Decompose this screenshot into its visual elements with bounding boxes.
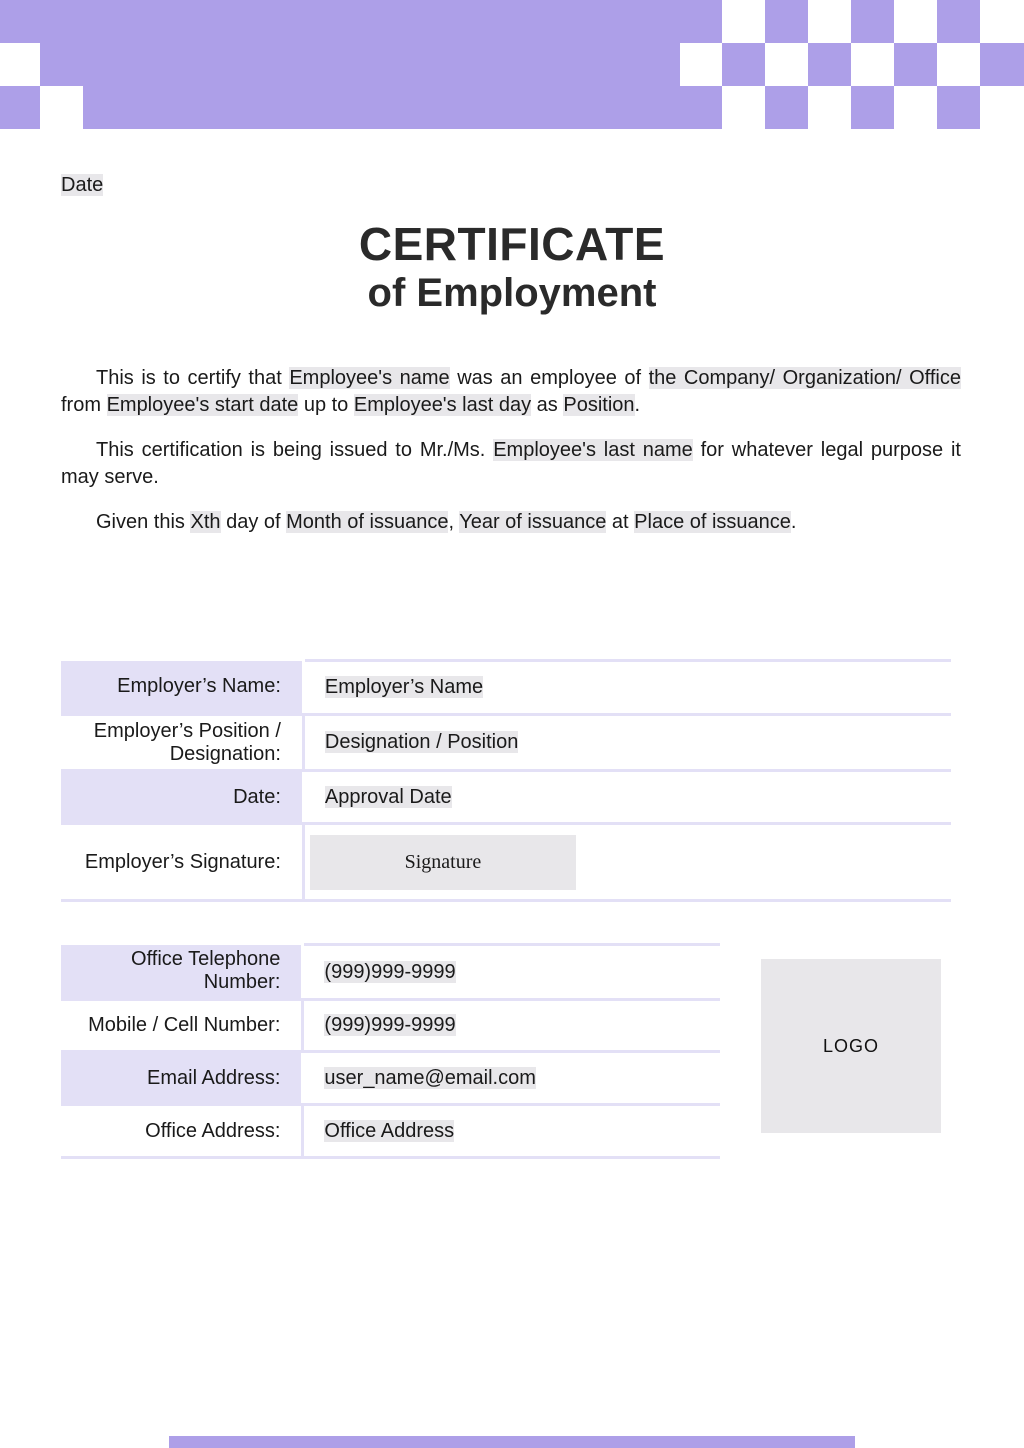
static-text: day of xyxy=(221,511,287,533)
paragraph-given: Given this Xth day of Month of issuance,… xyxy=(61,509,961,536)
title-line-1: CERTIFICATE xyxy=(0,218,1024,270)
employer-table: Employer’s Name: Employer’s Name Employe… xyxy=(61,659,951,902)
approval-date-label: Date: xyxy=(61,771,303,824)
office-address-cell: Office Address xyxy=(303,1105,720,1158)
label-text: Office Telephone Number: xyxy=(100,948,280,994)
last-day-field[interactable]: Employee's last day xyxy=(354,394,531,416)
static-text: as xyxy=(531,394,563,416)
table-row: Email Address: user_name@email.com xyxy=(61,1052,720,1105)
approval-date-field[interactable]: Approval Date xyxy=(325,786,452,808)
position-field[interactable]: Position xyxy=(563,394,634,416)
table-row: Mobile / Cell Number: (999)999-9999 xyxy=(61,1000,720,1052)
employee-name-field[interactable]: Employee's name xyxy=(289,367,449,389)
table-row: Employer’s Signature: Signature xyxy=(61,824,951,901)
employer-name-cell: Employer’s Name xyxy=(303,661,951,715)
static-text: was an employee of xyxy=(450,367,649,389)
office-phone-label: Office Telephone Number: xyxy=(61,945,303,1000)
mobile-label: Mobile / Cell Number: xyxy=(61,1000,303,1052)
static-text: Given this xyxy=(96,511,190,533)
employer-name-label: Employer’s Name: xyxy=(61,661,303,715)
static-text: from xyxy=(61,394,107,416)
company-field[interactable]: the Company/ Organization/ Office xyxy=(649,367,961,389)
signature-cell: Signature xyxy=(303,824,951,901)
table-row: Employer’s Name: Employer’s Name xyxy=(61,661,951,715)
employer-position-label: Employer’s Position / Designation: xyxy=(61,715,303,771)
email-cell: user_name@email.com xyxy=(303,1052,720,1105)
paragraph-certify: This is to certify that Employee's name … xyxy=(61,365,961,419)
static-text: . xyxy=(635,394,641,416)
table-row: Date: Approval Date xyxy=(61,771,951,824)
employer-name-field[interactable]: Employer’s Name xyxy=(325,676,483,698)
office-address-field[interactable]: Office Address xyxy=(324,1120,454,1142)
place-field[interactable]: Place of issuance xyxy=(634,511,791,533)
footer-bar xyxy=(169,1436,855,1448)
static-text: up to xyxy=(298,394,354,416)
approval-date-cell: Approval Date xyxy=(303,771,951,824)
signature-label: Employer’s Signature: xyxy=(61,824,303,901)
email-field[interactable]: user_name@email.com xyxy=(324,1067,536,1089)
static-text: at xyxy=(606,511,634,533)
employer-position-cell: Designation / Position xyxy=(303,715,951,771)
paragraph-issued-to: This certification is being issued to Mr… xyxy=(61,437,961,491)
signature-field[interactable]: Signature xyxy=(310,835,576,890)
mobile-field[interactable]: (999)999-9999 xyxy=(324,1014,455,1036)
certificate-title: CERTIFICATE of Employment xyxy=(0,218,1024,316)
mobile-cell: (999)999-9999 xyxy=(303,1000,720,1052)
contact-table: Office Telephone Number: (999)999-9999 M… xyxy=(61,943,720,1159)
employer-position-field[interactable]: Designation / Position xyxy=(325,731,518,753)
office-phone-field[interactable]: (999)999-9999 xyxy=(324,961,455,983)
title-line-2: of Employment xyxy=(0,270,1024,316)
last-name-field[interactable]: Employee's last name xyxy=(493,439,693,461)
certificate-body: This is to certify that Employee's name … xyxy=(61,365,961,554)
office-phone-cell: (999)999-9999 xyxy=(303,945,720,1000)
date-field[interactable]: Date xyxy=(61,172,103,198)
date-placeholder: Date xyxy=(61,174,103,196)
static-text: . xyxy=(791,511,797,533)
header-banner xyxy=(0,0,1024,129)
email-label: Email Address: xyxy=(61,1052,303,1105)
table-row: Office Address: Office Address xyxy=(61,1105,720,1158)
static-text: This certification is being issued to Mr… xyxy=(96,439,493,461)
start-date-field[interactable]: Employee's start date xyxy=(107,394,299,416)
table-row: Employer’s Position / Designation: Desig… xyxy=(61,715,951,771)
label-text: Employer’s Position / Designation: xyxy=(76,720,281,766)
static-text: This is to certify that xyxy=(96,367,289,389)
table-row: Office Telephone Number: (999)999-9999 xyxy=(61,945,720,1000)
logo-placeholder[interactable]: LOGO xyxy=(761,959,941,1133)
year-field[interactable]: Year of issuance xyxy=(459,511,606,533)
day-field[interactable]: Xth xyxy=(190,511,220,533)
office-address-label: Office Address: xyxy=(61,1105,303,1158)
static-text: , xyxy=(448,511,459,533)
month-field[interactable]: Month of issuance xyxy=(286,511,448,533)
